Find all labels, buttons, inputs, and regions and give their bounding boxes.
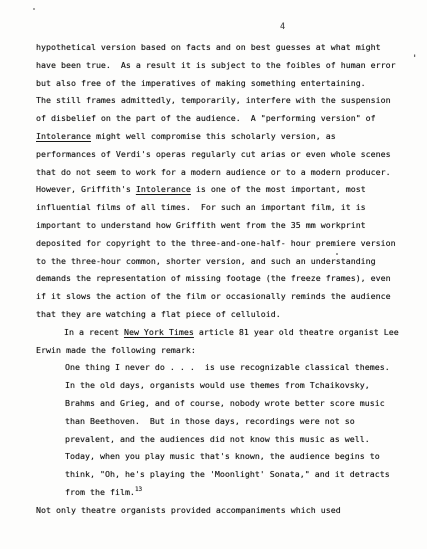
text-segment: that do not seem to work for a modern au…	[36, 167, 391, 177]
text-line: if it slows the action of the film or oc…	[36, 288, 408, 306]
text-line: deposited for copyright to the three-and…	[36, 235, 408, 253]
text-segment: if it slows the action of the film or oc…	[36, 291, 391, 301]
text-line: from the film.13	[36, 484, 408, 502]
text-segment: article 81 year old theatre organist Lee	[194, 327, 399, 337]
text-line: than Beethoven. But in those days, recor…	[36, 413, 408, 431]
text-line: Intolerance might well compromise this s…	[36, 128, 408, 146]
text-segment: Brahms and Grieg, and of course, nobody …	[65, 398, 385, 408]
text-segment: Not only theatre organists provided acco…	[36, 505, 341, 515]
text-line: Brahms and Grieg, and of course, nobody …	[36, 395, 408, 413]
text-line: In a recent New York Times article 81 ye…	[36, 324, 408, 342]
text-segment: important to understand how Griffith wen…	[36, 220, 366, 230]
underlined-title: Intolerance	[36, 131, 91, 141]
scanned-manuscript-page: 4 ' hypothetical version based on facts …	[0, 0, 427, 549]
scan-speck	[33, 8, 35, 10]
text-segment: than Beethoven. But in those days, recor…	[65, 416, 355, 426]
text-segment: Erwin made the following remark:	[36, 345, 196, 355]
text-line: of disbelief on the part of the audience…	[36, 110, 408, 128]
text-segment: deposited for copyright to the three-and…	[36, 238, 396, 248]
text-line: One thing I never do . . . is use recogn…	[36, 359, 408, 377]
text-line: hypothetical version based on facts and …	[36, 39, 408, 57]
text-line: influential films of all times. For such…	[36, 199, 408, 217]
text-line: In the old days, organists would use the…	[36, 377, 408, 395]
text-line: have been true. As a result it is subjec…	[36, 57, 408, 75]
text-line: prevalent, and the audiences did not kno…	[36, 431, 408, 449]
text-segment: think, "Oh, he's playing the 'Moonlight'…	[65, 469, 390, 479]
text-segment: of disbelief on the part of the audience…	[36, 113, 376, 123]
text-segment: but also free of the imperatives of maki…	[36, 78, 366, 88]
text-segment: influential films of all times. For such…	[36, 202, 366, 212]
underlined-title: New York Times	[124, 327, 194, 337]
text-segment: In the old days, organists would use the…	[65, 380, 370, 390]
text-line: to the three-hour common, shorter versio…	[36, 253, 408, 271]
text-line: think, "Oh, he's playing the 'Moonlight'…	[36, 466, 408, 484]
footnote-reference: 13	[135, 486, 142, 493]
text-line: that do not seem to work for a modern au…	[36, 164, 408, 182]
text-segment: performances of Verdi's operas regularly…	[36, 149, 391, 159]
text-segment: However, Griffith's	[36, 184, 136, 194]
text-line: Not only theatre organists provided acco…	[36, 502, 408, 520]
text-segment: is one of the most important, most	[191, 184, 366, 194]
text-line: demands the representation of missing fo…	[36, 270, 408, 288]
text-body: hypothetical version based on facts and …	[36, 39, 408, 520]
text-segment: hypothetical version based on facts and …	[36, 42, 381, 52]
text-segment: demands the representation of missing fo…	[36, 273, 391, 283]
text-line: that they are watching a flat piece of c…	[36, 306, 408, 324]
text-segment: that they are watching a flat piece of c…	[36, 309, 281, 319]
text-segment: from the film.	[65, 487, 135, 497]
text-line: important to understand how Griffith wen…	[36, 217, 408, 235]
text-line: but also free of the imperatives of maki…	[36, 75, 408, 93]
underlined-title: Intolerance	[136, 184, 191, 194]
text-line: The still frames admittedly, temporarily…	[36, 92, 408, 110]
text-segment: Today, when you play music that's known,…	[65, 451, 380, 461]
text-segment: The still frames admittedly, temporarily…	[36, 95, 391, 105]
text-segment: In a recent	[64, 327, 124, 337]
text-line: However, Griffith's Intolerance is one o…	[36, 181, 408, 199]
scan-stray-mark: '	[412, 54, 417, 64]
text-segment: to the three-hour common, shorter versio…	[36, 256, 376, 266]
text-line: performances of Verdi's operas regularly…	[36, 146, 408, 164]
text-line: Erwin made the following remark:	[36, 342, 408, 360]
page-number: 4	[280, 22, 285, 32]
text-segment: prevalent, and the audiences did not kno…	[65, 434, 370, 444]
text-segment: have been true. As a result it is subjec…	[36, 60, 396, 70]
text-segment: might well compromise this scholarly ver…	[91, 131, 336, 141]
text-segment: One thing I never do . . . is use recogn…	[65, 362, 390, 372]
text-line: Today, when you play music that's known,…	[36, 448, 408, 466]
